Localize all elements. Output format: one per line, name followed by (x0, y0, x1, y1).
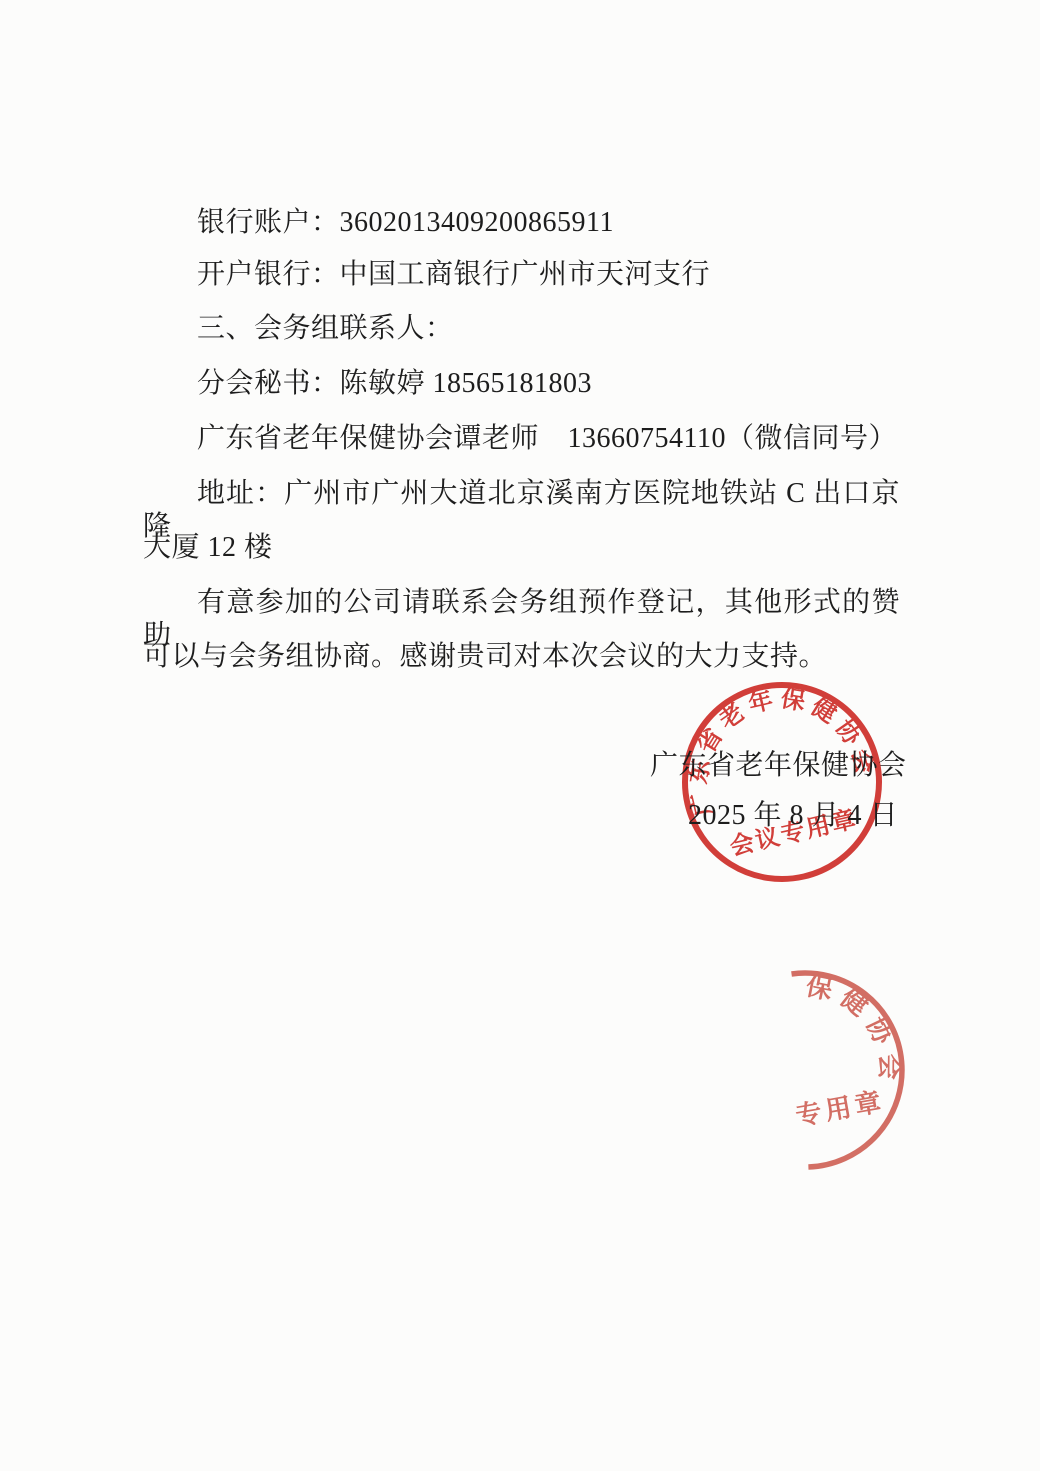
meeting-seal-arc-text: 广东省老年保健协会 (672, 672, 880, 819)
body-line-association-contact: 广东省老年保健协会谭老师 13660754110（微信同号） (143, 422, 900, 455)
body-line-address-2: 大厦 12 楼 (143, 531, 900, 564)
body-line-section-heading: 三、会务组联系人： (143, 312, 900, 345)
association-seal-stamp: 保健协会 专用章 (695, 960, 915, 1180)
svg-text:广东省老年保健协会: 广东省老年保健协会 (672, 672, 880, 819)
body-line-secretary-contact: 分会秘书：陈敏婷 18565181803 (143, 367, 900, 400)
meeting-seal-stamp: 广东省老年保健协会 会议专用章 (672, 672, 892, 892)
document-page: 银行账户：3602013409200865911 开户银行：中国工商银行广州市天… (0, 0, 1040, 1471)
association-seal-bottom-text: 专用章 (793, 1086, 887, 1131)
body-line-bank-account: 银行账户：3602013409200865911 (143, 206, 900, 239)
svg-text:保健协会: 保健协会 (799, 960, 910, 1102)
signature-org: 广东省老年保健协会 (650, 749, 907, 782)
signature-date: 2025 年 8 月 4 日 (688, 799, 898, 832)
association-seal-arc-text: 保健协会 (799, 960, 910, 1102)
body-line-bank-name: 开户银行：中国工商银行广州市天河支行 (143, 258, 900, 291)
body-line-closing-2: 可以与会务组协商。感谢贵司对本次会议的大力支持。 (143, 640, 900, 673)
